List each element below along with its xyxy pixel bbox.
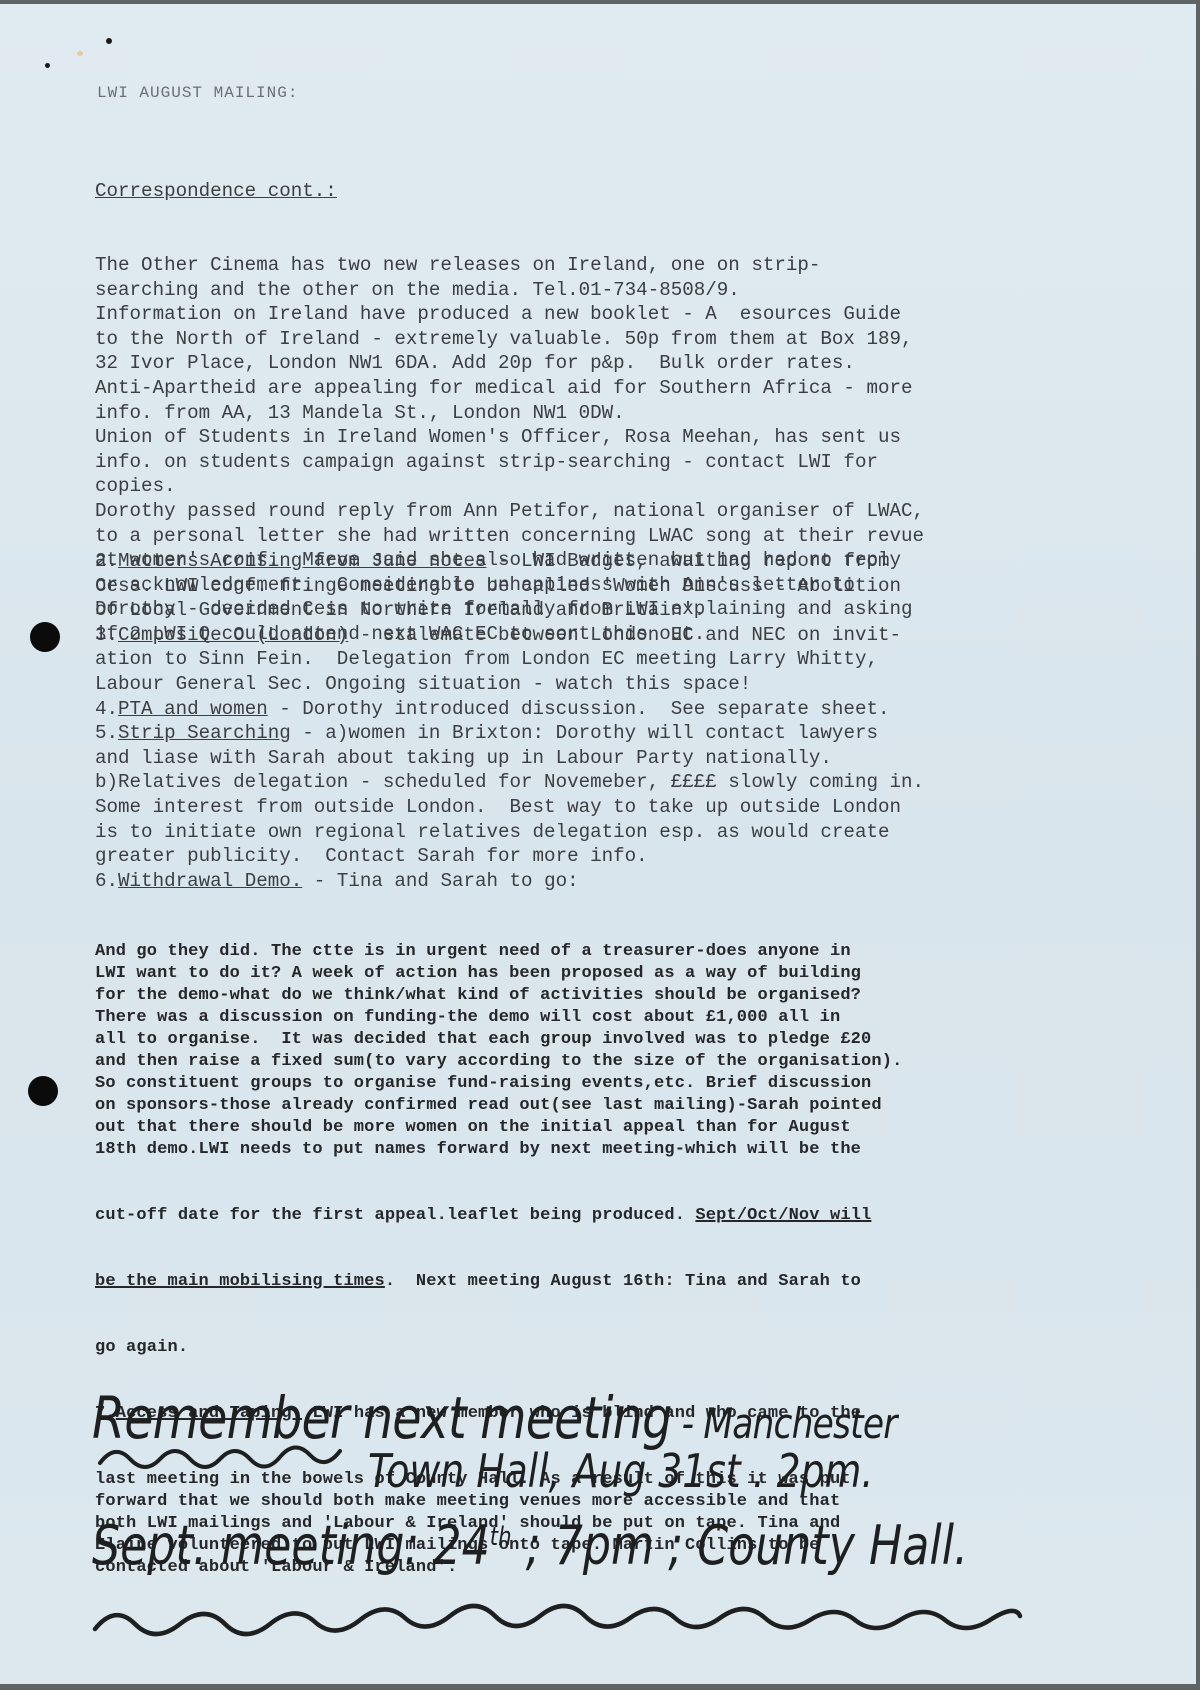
text-line: There was a discussion on funding-the de… [95,1007,1185,1029]
text-line: on sponsors-those already confirmed read… [95,1095,1185,1117]
text-line: LWI want to do it? A week of action has … [95,963,1185,985]
ink-speck [106,38,112,44]
bottom-squiggle-divider [90,1594,1090,1654]
agenda-item-heading: Matters Arrising from June notes [118,550,486,572]
text-line: Information on Ireland have produced a n… [95,302,1175,327]
ink-speck [45,63,50,68]
agenda-item-heading: PTA and women [118,698,268,720]
agenda-item-3: 3.Composite O (London) - stalemate betwe… [95,623,1175,697]
text-line: and then raise a fixed sum(to vary accor… [95,1051,1185,1073]
text-line: Cess. LWI conf. fringe meeting to be cal… [95,574,1175,599]
punch-hole-bottom [28,1076,58,1106]
demo-report-line: be the main mobilising times. Next meeti… [95,1271,1185,1293]
agenda-item-first-line: 4.PTA and women - Dorothy introduced dis… [95,697,1175,722]
agenda-item-heading: Strip Searching [118,722,291,744]
text-line: all to organise. It was decided that eac… [95,1029,1185,1051]
text-line: Dorothy passed round reply from Ann Peti… [95,499,1175,524]
demo-report-line: go again. [95,1337,1185,1359]
text-line: greater publicity. Contact Sarah for mor… [95,844,1175,869]
text-line: to the North of Ireland - extremely valu… [95,327,1175,352]
text-line: of Local Government in Northern Ireland … [95,598,1175,623]
text-line: out that there should be more women on t… [95,1117,1185,1139]
text-line: Union of Students in Ireland Women's Off… [95,425,1175,450]
text-line: b)Relatives delegation - scheduled for N… [95,770,1175,795]
text-line: to a personal letter she had written con… [95,524,1175,549]
text-line: copies. [95,474,1175,499]
text-line: info. on students campaign against strip… [95,450,1175,475]
text-line: info. from AA, 13 Mandela St., London NW… [95,401,1175,426]
agenda-items: 2.Matters Arrising from June notes - LWI… [95,549,1175,893]
agenda-item-2: 2.Matters Arrising from June notes - LWI… [95,549,1175,623]
agenda-item-first-line: 2.Matters Arrising from June notes - LWI… [95,549,1175,574]
text-line: Labour General Sec. Ongoing situation - … [95,672,1175,697]
text-line: Some interest from outside London. Best … [95,795,1175,820]
agenda-item-first-line: 3.Composite O (London) - stalemate betwe… [95,623,1175,648]
agenda-item-heading: Composite O (London) [118,624,348,646]
agenda-item-6: 6.Withdrawal Demo. - Tina and Sarah to g… [95,869,1175,894]
text-line: ation to Sinn Fein. Delegation from Lond… [95,647,1175,672]
demo-report-body: And go they did. The ctte is in urgent n… [95,941,1185,1161]
text-line: for the demo-what do we think/what kind … [95,985,1185,1007]
handwritten-reminder-line-2: Town Hall, Aug 31st . 2pm. [368,1444,873,1498]
agenda-item-5: 5.Strip Searching - a)women in Brixton: … [95,721,1175,869]
punch-hole-top [30,622,60,652]
document-page: LWI AUGUST MAILING: Correspondence cont.… [0,4,1196,1684]
mobilising-highlight: be the main mobilising times [95,1272,385,1291]
stain-speck [77,51,83,56]
demo-report-line: cut-off date for the first appeal.leafle… [95,1205,1185,1227]
agenda-item-first-line: 5.Strip Searching - a)women in Brixton: … [95,721,1175,746]
text-line: is to initiate own regional relatives de… [95,820,1175,845]
agenda-item-heading: Withdrawal Demo. [118,870,302,892]
mobilising-highlight: Sept/Oct/Nov will [695,1206,871,1225]
text-line: The Other Cinema has two new releases on… [95,253,1175,278]
agenda-item-first-line: 6.Withdrawal Demo. - Tina and Sarah to g… [95,869,1175,894]
text-line: So constituent groups to organise fund-r… [95,1073,1185,1095]
text-line: 18th demo.LWI needs to put names forward… [95,1139,1185,1161]
text-line: and liase with Sarah about taking up in … [95,746,1175,771]
section-heading: Correspondence cont.: [95,179,1175,204]
text-line: And go they did. The ctte is in urgent n… [95,941,1185,963]
text-line: 32 Ivor Place, London NW1 6DA. Add 20p f… [95,351,1175,376]
handwritten-sept-meeting: Sept. meeting: 24th ; 7pm ; County Hall. [92,1514,968,1577]
agenda-item-4: 4.PTA and women - Dorothy introduced dis… [95,697,1175,722]
underline-squiggle [95,1441,355,1471]
document-title: LWI AUGUST MAILING: [97,84,298,102]
text-line: Anti-Apartheid are appealing for medical… [95,376,1175,401]
text-line: searching and the other on the media. Te… [95,278,1175,303]
